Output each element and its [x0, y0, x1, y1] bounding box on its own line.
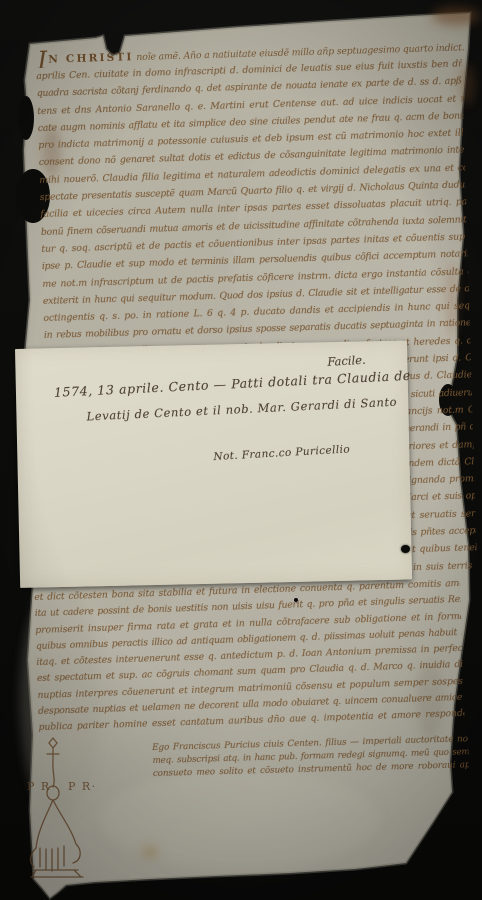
- mark-letters-right: P R·: [68, 780, 97, 793]
- initial-letter: I: [37, 46, 48, 68]
- wormhole: [294, 598, 298, 602]
- notary-mark: P R P R·: [26, 730, 146, 888]
- invocation-caps: N CHRISTI: [48, 51, 134, 66]
- slip-notary-signature: Not. Franc.co Puricellio: [213, 443, 350, 463]
- slip-annotation-word: Facile.: [327, 353, 366, 369]
- wormhole: [401, 545, 410, 553]
- mark-letters-left: P R: [27, 780, 51, 793]
- archival-slip: Facile. 1574, 13 aprile. Cento — Patti d…: [15, 340, 412, 587]
- mark-top-diamond: [49, 738, 57, 748]
- manuscript-photo: IN CHRISTI noĩe amẽ. Año a natiuitate ei…: [0, 0, 482, 900]
- slip-parties-line: Levatij de Cento et il nob. Mar. Gerardi…: [86, 395, 397, 424]
- body-text-lower: et dict cõtesten bona sita stabilia et f…: [34, 576, 465, 737]
- slip-date-line: 1574, 13 aprile. Cento — Patti dotali tr…: [54, 368, 412, 400]
